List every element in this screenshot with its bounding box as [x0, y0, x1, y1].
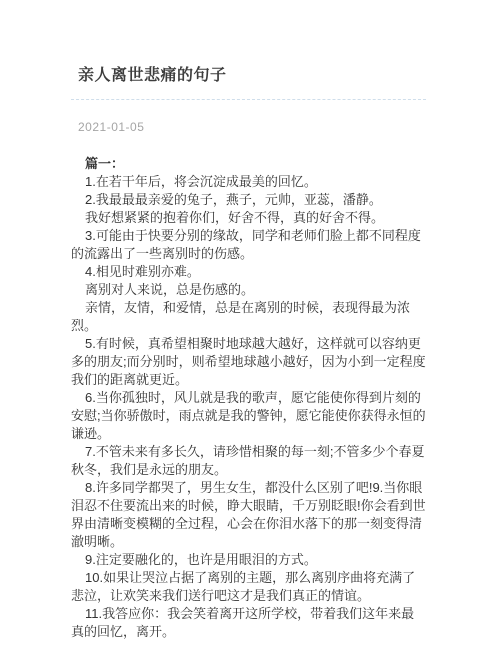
title-separator: [71, 99, 426, 100]
paragraph: 离别对人来说，总是伤感的。: [71, 281, 426, 299]
article-title: 亲人离世悲痛的句子: [78, 66, 426, 86]
article-body: 篇一：1.在若干年后，将会沉淀成最美的回忆。2.我最最最亲爱的兔子，燕子，元帅，…: [71, 155, 426, 641]
paragraph: 11.我答应你：我会笑着离开这所学校，带着我们这年来最真的回忆，离开。: [71, 605, 426, 641]
paragraph: 3.可能由于快要分别的缘故，同学和老师们脸上都不同程度的流露出了一些离别时的伤感…: [71, 227, 426, 263]
paragraph: 4.相见时难别亦难。: [71, 263, 426, 281]
paragraph: 10.如果让哭泣占据了离别的主题，那么离别序曲将充满了悲泣，让欢笑来我们送行吧这…: [71, 569, 426, 605]
paragraph: 5.有时候，真希望相聚时地球越大越好，这样就可以容纳更多的朋友;而分别时，则希望…: [71, 335, 426, 389]
paragraph: 我好想紧紧的抱着你们，好舍不得，真的好舍不得。: [71, 209, 426, 227]
paragraph: 亲情，友情，和爱情，总是在离别的时候，表现得最为浓烈。: [71, 299, 426, 335]
paragraph: 9.注定要融化的，也许是用眼泪的方式。: [71, 551, 426, 569]
section-heading: 篇一：: [71, 155, 426, 173]
article: 亲人离世悲痛的句子 2021-01-05 篇一：1.在若干年后，将会沉淀成最美的…: [71, 66, 426, 641]
paragraph: 6.当你孤独时，风儿就是我的歌声，愿它能使你得到片刻的安慰;当你骄傲时，雨点就是…: [71, 389, 426, 443]
page: 亲人离世悲痛的句子 2021-01-05 篇一：1.在若干年后，将会沉淀成最美的…: [0, 0, 500, 647]
paragraph: 8.许多同学都哭了，男生女生，都没什么区别了吧!9.当你眼泪忍不住要流出来的时候…: [71, 479, 426, 551]
paragraph: 7.不管未来有多长久，请珍惜相聚的每一刻;不管多少个春夏秋冬，我们是永远的朋友。: [71, 443, 426, 479]
publish-date: 2021-01-05: [78, 120, 426, 134]
paragraph: 1.在若干年后，将会沉淀成最美的回忆。: [71, 173, 426, 191]
paragraph: 2.我最最最亲爱的兔子，燕子，元帅，亚蕊，潘静。: [71, 191, 426, 209]
